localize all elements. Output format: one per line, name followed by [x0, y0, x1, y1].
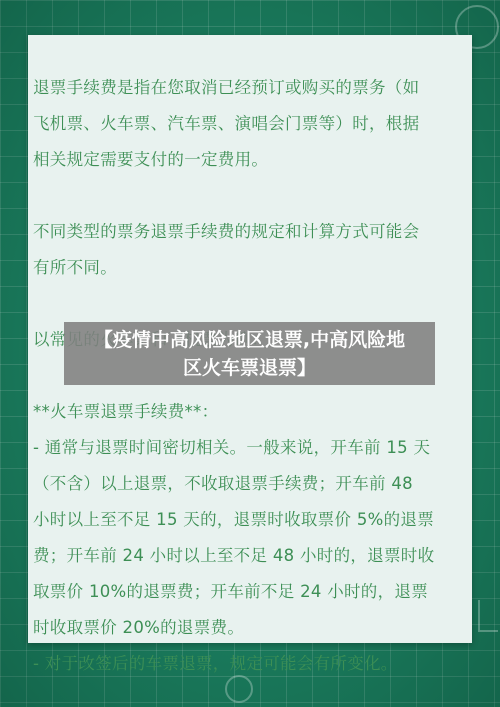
title-banner: 【疫情中高风险地区退票,中高风险地 区火车票退票】: [64, 322, 435, 385]
paragraph-types: 不同类型的票务退票手续费的规定和计算方式可能会 有所不同。: [33, 214, 467, 286]
paragraph-rebook-note: - 对于改签后的车票退票，规定可能会有所变化。: [33, 646, 467, 682]
paragraph-definition: 退票手续费是指在您取消已经预订或购买的票务（如 飞机票、火车票、汽车票、演唱会门…: [33, 70, 467, 178]
doodle-triangle-decoration: [478, 600, 498, 632]
paragraph-train-rules: - 通常与退票时间密切相关。一般来说，开车前 15 天 （不含）以上退票，不收取…: [33, 430, 467, 646]
banner-title-line2: 区火车票退票】: [64, 354, 435, 382]
banner-title-line1: 【疫情中高风险地区退票,中高风险地: [64, 326, 435, 354]
paragraph-train-heading: **火车票退票手续费**：: [33, 394, 467, 430]
